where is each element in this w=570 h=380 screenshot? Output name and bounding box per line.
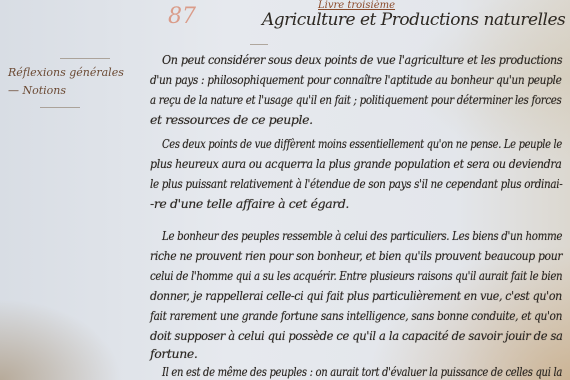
title-divider [250, 44, 268, 45]
margin-note-line: — Notions [8, 82, 124, 100]
text-line: fortune. [150, 344, 197, 364]
manuscript-page: 87 Livre troisième Agriculture et Produc… [0, 0, 570, 380]
text-line: celui de l'homme qui a su les acquérir. … [150, 266, 562, 286]
page-title: Agriculture et Productions naturelles [262, 10, 565, 30]
text-line: fait rarement une grande fortune sans in… [150, 306, 562, 326]
text-line: d'un pays : philosophiquement pour conna… [150, 70, 562, 90]
text-line: -re d'une telle affaire à cet égard. [150, 194, 349, 214]
text-line: riche ne prouvent rien pour son bonheur,… [150, 246, 562, 266]
text-line: doit supposer à celui qui possède ce qu'… [150, 326, 563, 346]
text-line: donner, je rappellerai celle-ci qui fait… [150, 286, 562, 306]
margin-note-line: Réflexions générales [8, 64, 124, 82]
folio-number: 87 [168, 4, 196, 29]
text-line: le plus puissant relativement à l'étendu… [150, 174, 562, 194]
text-line: Le bonheur des peuples ressemble à celui… [162, 226, 562, 246]
text-line: Ces deux points de vue diffèrent moins e… [162, 134, 562, 154]
text-line: a reçu de la nature et l'usage qu'il en … [150, 90, 561, 110]
text-line: et ressources de ce peuple. [150, 110, 313, 130]
text-line: On peut considérer sous deux points de v… [162, 50, 562, 70]
margin-rule-bottom [40, 107, 80, 108]
margin-note: Réflexions générales — Notions [8, 64, 124, 100]
text-line: Il en est de même des peuples : on aurai… [162, 362, 562, 380]
margin-rule-top [60, 58, 110, 59]
text-line: plus heureux aura ou acquerra la plus gr… [150, 154, 561, 174]
